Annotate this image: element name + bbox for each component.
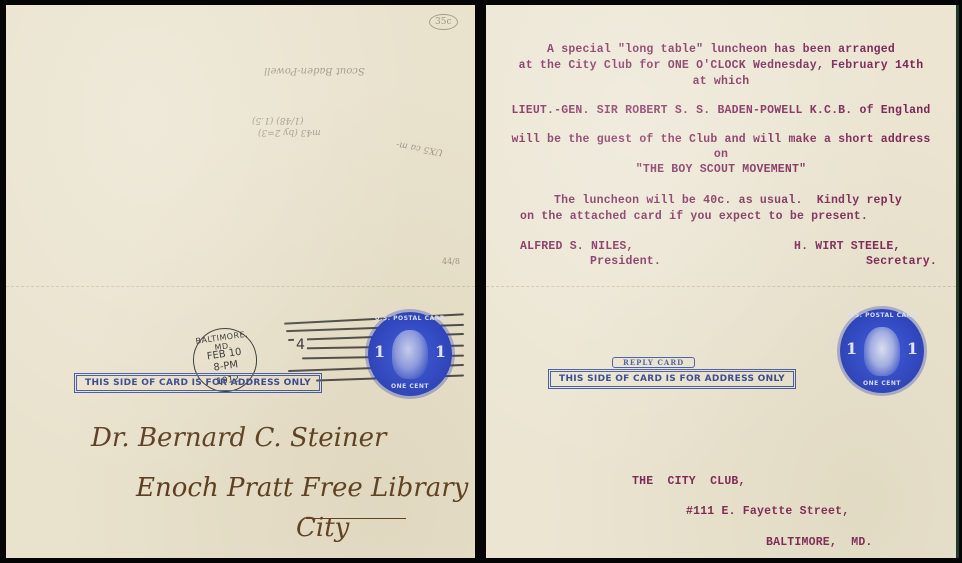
stamp-denomination-left: 1 <box>846 339 857 358</box>
handwritten-library: Enoch Pratt Free Library <box>136 473 468 503</box>
guest-speaker: LIEUT.-GEN. SIR ROBERT S. S. BADEN-POWEL… <box>486 104 956 117</box>
stamp-portrait-icon <box>392 330 429 379</box>
stamp-bottom-text: ONE CENT <box>840 380 924 387</box>
stamp-denomination-right: 1 <box>435 342 446 361</box>
announcement-line-3: at which <box>486 75 956 88</box>
return-address-line-1: THE CITY CLUB, <box>632 475 746 488</box>
announcement-line-6: The luncheon will be 40c. as usual. Kind… <box>554 194 902 207</box>
stamp-portrait-icon <box>864 327 901 376</box>
secretary-title: Secretary. <box>866 255 937 268</box>
mailed-postal-card: 35c Scout Baden-Powell (1/48) (1.5) m43 … <box>6 5 475 558</box>
return-address-line-2: #111 E. Fayette Street, <box>686 505 849 518</box>
return-address-line-3: BALTIMORE, MD. <box>766 536 873 549</box>
reply-card-banner: REPLY CARD <box>612 357 695 368</box>
secretary-name: H. WIRT STEELE, <box>794 240 901 253</box>
address-topic: "THE BOY SCOUT MOVEMENT" <box>486 163 956 176</box>
handwritten-addressee: Dr. Bernard C. Steiner <box>91 423 386 453</box>
announcement-line-7: on the attached card if you expect to be… <box>520 210 868 223</box>
martha-washington-stamp: U.S. POSTAL CARD 1 1 ONE CENT <box>840 309 924 393</box>
announcement-line-4: will be the guest of the Club and will m… <box>486 133 956 146</box>
jefferson-stamp: U.S. POSTAL CARD 1 1 ONE CENT <box>368 312 452 396</box>
cancel-number: 4 <box>294 337 307 353</box>
president-title: President. <box>590 255 661 268</box>
fold-line <box>6 286 475 287</box>
pencil-note-4: UX5 ca m- <box>395 139 443 157</box>
president-name: ALFRED S. NILES, <box>520 240 634 253</box>
pencil-note-2: (1/48) (1.5) <box>252 115 303 125</box>
fold-line <box>486 286 956 287</box>
pencil-note-3: m43 (by 2=3) <box>258 127 321 137</box>
circled-pencil-number: 35c <box>429 14 458 30</box>
reply-address-notice-frame: THIS SIDE OF CARD IS FOR ADDRESS ONLY <box>548 369 796 389</box>
announcement-line-2: at the City Club for ONE O'CLOCK Wednesd… <box>486 59 956 72</box>
stamp-bottom-text: ONE CENT <box>368 383 452 390</box>
stamp-top-text: U.S. POSTAL CARD <box>368 315 452 322</box>
pencil-note-5: 44/8 <box>442 257 460 266</box>
stamp-denomination-left: 1 <box>374 342 385 361</box>
pencil-note-scout: Scout Baden-Powell <box>264 65 365 76</box>
announcement-reply-card: A special "long table" luncheon has been… <box>486 5 959 558</box>
address-notice: THIS SIDE OF CARD IS FOR ADDRESS ONLY <box>76 375 320 391</box>
reply-address-notice: THIS SIDE OF CARD IS FOR ADDRESS ONLY <box>550 371 794 387</box>
handwritten-underline <box>306 518 406 519</box>
stamp-top-text: U.S. POSTAL CARD <box>840 312 924 319</box>
announcement-line-5: on <box>486 148 956 161</box>
stamp-denomination-right: 1 <box>907 339 918 358</box>
announcement-line-1: A special "long table" luncheon has been… <box>486 43 956 56</box>
address-notice-frame: THIS SIDE OF CARD IS FOR ADDRESS ONLY <box>74 373 322 393</box>
